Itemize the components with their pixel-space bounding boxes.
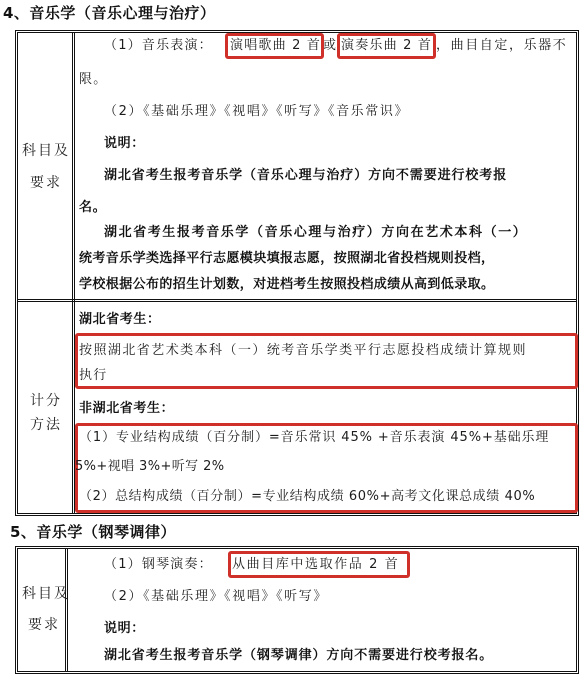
column-divider: [65, 548, 68, 672]
or-text: 或: [323, 38, 337, 54]
hubei-rule-line-1: 按照湖北省艺术类本科（一）统考音乐学类平行志愿投档成绩计算规则: [79, 343, 527, 359]
note-1-line-1: 湖北省考生报考音乐学（音乐心理与治疗）方向不需要进行校考报: [104, 168, 507, 184]
piano-item-1: （1）钢琴演奏：: [104, 557, 213, 573]
piano-note-1: 湖北省考生报考音乐学（钢琴调律）方向不需要进行校考报名。: [104, 648, 493, 664]
highlight-box: [75, 333, 578, 389]
formula-1-line-1: （1）专业结构成绩（百分制）=音乐常识 45% +音乐表演 45%+基础乐理: [79, 430, 549, 446]
subjects-label: 科目及: [22, 585, 70, 603]
subjects-label: 科目及: [22, 142, 70, 160]
note-2-line-2: 统考音乐学类选择平行志愿模块填报志愿，按照湖北省投档规则投档，: [79, 251, 494, 267]
hubei-heading: 湖北省考生：: [79, 312, 161, 328]
subjects-label-2: 要求: [30, 174, 62, 192]
highlight-box: [225, 33, 324, 59]
formula-2: （2）总结构成绩（百分制）=专业结构成绩 60%+高考文化课总成绩 40%: [79, 489, 535, 505]
scoring-label: 计分: [30, 392, 62, 410]
hubei-rule-line-2: 执行: [79, 368, 107, 384]
formula-1-line-2: 5%+视唱 3%+听写 2%: [75, 459, 225, 475]
scoring-label-2: 方法: [30, 416, 62, 434]
note-heading: 说明：: [104, 136, 145, 152]
section-4-title: 4、音乐学（音乐心理与治疗）: [3, 2, 215, 23]
row-divider: [17, 299, 577, 302]
non-hubei-heading: 非湖北省考生：: [79, 401, 174, 417]
subject-item-2: （2）《基础乐理》《视唱》《听写》《音乐常识》: [104, 104, 409, 120]
subjects-label-2: 要求: [28, 616, 60, 634]
highlight-box: [337, 33, 436, 59]
section-5-title: 5、音乐学（钢琴调律）: [10, 521, 176, 542]
note-heading: 说明：: [104, 621, 145, 637]
highlight-text: 从曲目库中选取作品 2 首: [232, 557, 399, 573]
note-2-line-3: 学校根据公布的招生计划数，对进档考生按照投档成绩从高到低录取。: [79, 277, 494, 293]
note-1-line-2: 名。: [79, 200, 106, 216]
subject-item-1: （1）音乐表演：: [104, 38, 213, 54]
item-continuation: 限。: [79, 72, 107, 88]
piano-item-2: （2）《基础乐理》《视唱》《听写》: [104, 589, 328, 605]
item-prefix: （1）音乐表演：: [104, 38, 213, 53]
item-suffix: ，曲目自定，乐器不: [436, 38, 567, 54]
note-2-line-1: 湖北省考生报考音乐学（音乐心理与治疗）方向在艺术本科（一）: [104, 225, 527, 241]
